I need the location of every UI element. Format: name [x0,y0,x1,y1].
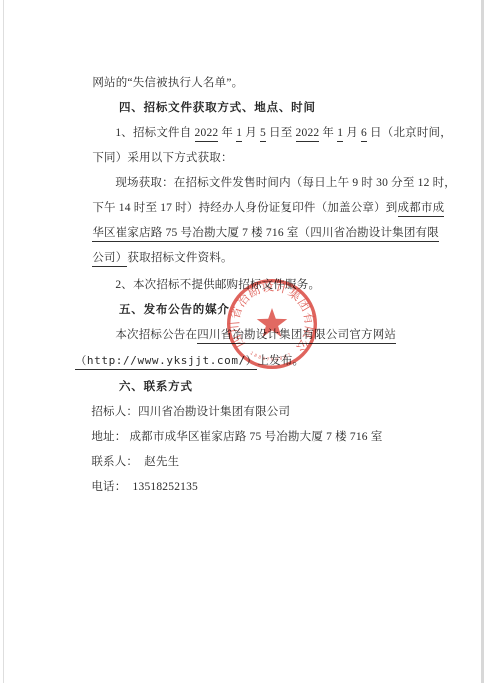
text-segment: 日至 [266,127,296,139]
scan-edge-right [481,0,484,683]
text-segment: 月 [343,127,361,139]
text-segment: 上发布。 [257,355,304,367]
scan-edge-left [3,0,4,683]
text-segment: 月 [242,127,260,139]
text-segment: 电话： 13518252135 [91,481,198,493]
scanned-document-page: 网站的“失信被执行人名单”。 四、招标文件获取方式、地点、时间 1、招标文件自 … [0,0,486,683]
text-segment: 日（北京时间， [367,127,452,139]
year-value: 2022 [296,127,320,142]
phone-line: 电话： 13518252135 [79,465,198,510]
text-segment: 年 [319,127,337,139]
